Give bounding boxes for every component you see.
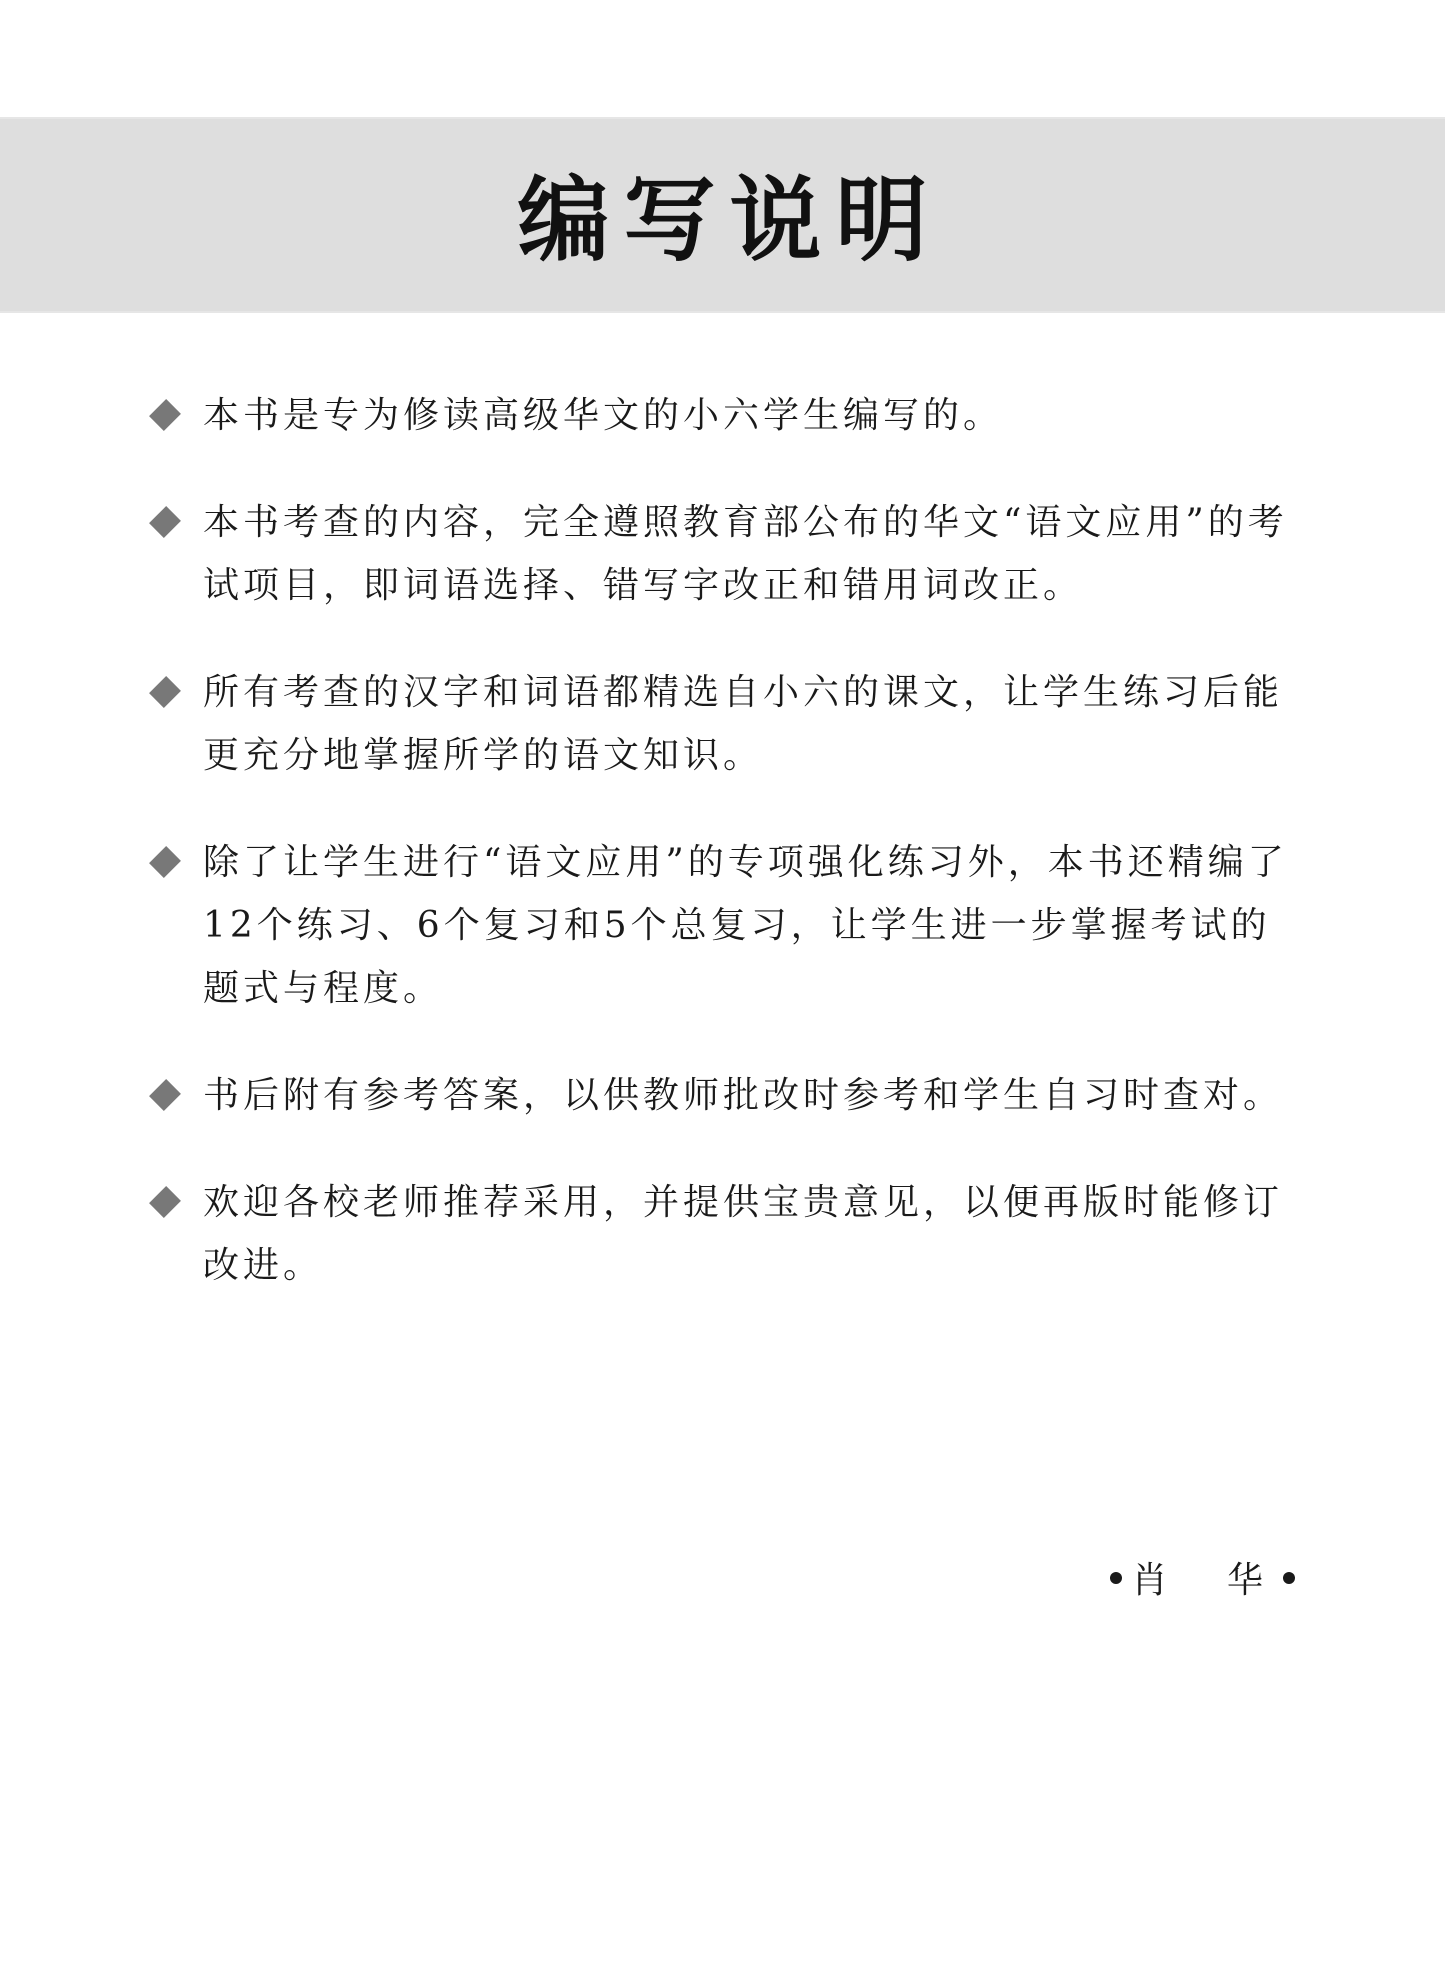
- dot-icon: [1110, 1572, 1122, 1584]
- list-item-text: 书后附有参考答案，以供教师批改时参考和学生自习时查对。: [203, 1075, 1283, 1116]
- page-title: 编写说明: [503, 147, 941, 279]
- list-item: 所有考查的汉字和词语都精选自小六的课文，让学生练习后能更充分地掌握所学的语文知识…: [203, 661, 1303, 787]
- list-item-text: 所有考查的汉字和词语都精选自小六的课文，让学生练习后能更充分地掌握所学的语文知识…: [203, 672, 1283, 776]
- list-item: 书后附有参考答案，以供教师批改时参考和学生自习时查对。: [203, 1064, 1303, 1127]
- diamond-bullet-icon: [149, 1079, 181, 1111]
- title-band: 编写说明: [0, 117, 1445, 313]
- list-item: 本书考查的内容，完全遵照教育部公布的华文“语文应用”的考试项目，即词语选择、错写…: [203, 491, 1303, 617]
- diamond-bullet-icon: [149, 399, 181, 431]
- diamond-bullet-icon: [149, 506, 181, 538]
- author-name: 肖 华: [1132, 1552, 1287, 1603]
- diamond-bullet-icon: [149, 846, 181, 878]
- dot-icon: [1283, 1572, 1295, 1584]
- list-item-text: 除了让学生进行“语文应用”的专项强化练习外，本书还精编了12个练习、6个复习和5…: [203, 842, 1288, 1009]
- list-item-text: 欢迎各校老师推荐采用，并提供宝贵意见，以便再版时能修订改进。: [203, 1182, 1283, 1286]
- list-item: 欢迎各校老师推荐采用，并提供宝贵意见，以便再版时能修订改进。: [203, 1171, 1303, 1297]
- list-item: 本书是专为修读高级华文的小六学生编写的。: [203, 384, 1303, 447]
- list-item-text: 本书是专为修读高级华文的小六学生编写的。: [203, 395, 1003, 436]
- diamond-bullet-icon: [149, 1186, 181, 1218]
- list-item: 除了让学生进行“语文应用”的专项强化练习外，本书还精编了12个练习、6个复习和5…: [203, 831, 1303, 1020]
- list-item-text: 本书考查的内容，完全遵照教育部公布的华文“语文应用”的考试项目，即词语选择、错写…: [203, 502, 1288, 606]
- author-signature: 肖 华: [1110, 1552, 1295, 1603]
- preface-list: 本书是专为修读高级华文的小六学生编写的。 本书考查的内容，完全遵照教育部公布的华…: [0, 384, 1445, 1341]
- diamond-bullet-icon: [149, 676, 181, 708]
